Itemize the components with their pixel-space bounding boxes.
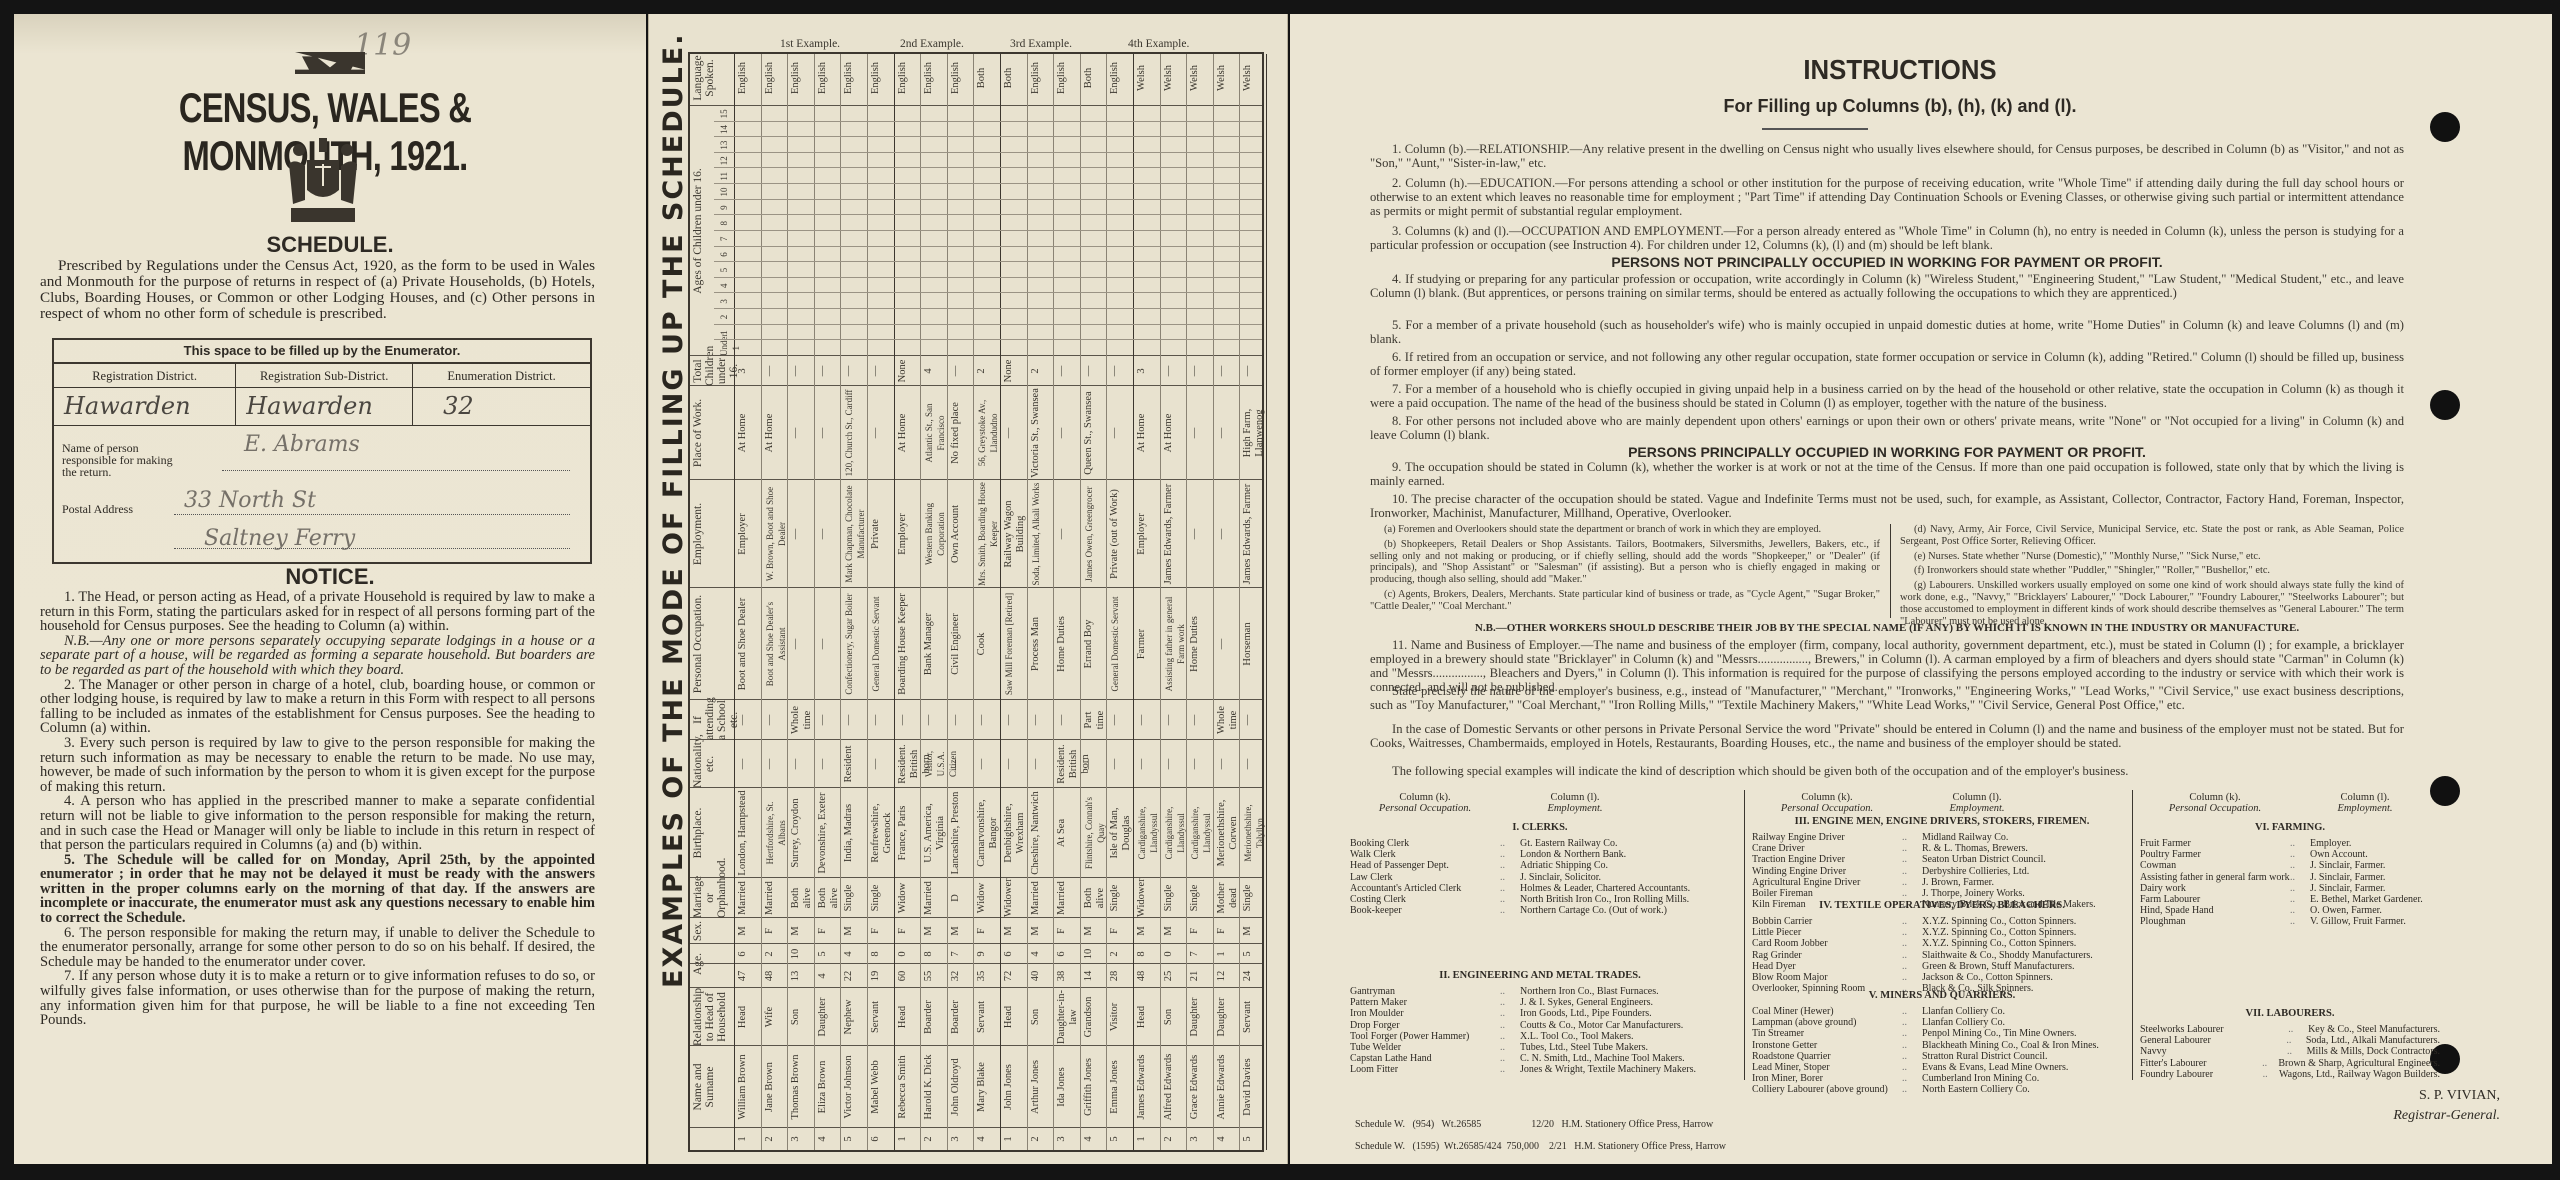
occupation: Rag Grinder xyxy=(1752,950,1902,961)
occupation: Head Dyer xyxy=(1752,961,1902,972)
cell-occ: Process Man xyxy=(1030,589,1042,699)
example-row: Tool Forger (Power Hammer)..X.L. Tool Co… xyxy=(1350,1031,1730,1042)
cell-name: Ida Jones xyxy=(1056,1047,1068,1127)
example-row: Pattern Maker..J. & I. Sykes, General En… xyxy=(1350,997,1730,1008)
column-divider xyxy=(690,787,1262,788)
occupation: Iron Miner, Borer xyxy=(1752,1073,1902,1084)
section-title: V. MINERS AND QUARRIERS. xyxy=(1752,990,2132,1001)
cell-lang: Welsh xyxy=(1216,51,1228,105)
employment: Mills & Mills, Dock Contractors. xyxy=(2307,1046,2440,1057)
example-row: Traction Engine Driver..Seaton Urban Dis… xyxy=(1752,854,2132,865)
employment: Midland Railway Co. xyxy=(1922,832,2132,843)
cell-mar: Single xyxy=(1163,879,1175,917)
example-row: Steelworks Labourer..Key & Co., Steel Ma… xyxy=(2140,1024,2440,1035)
cell-birth: France, Paris xyxy=(897,789,909,877)
cell-emp: Soda, Limited, Alkali Works xyxy=(1030,481,1042,587)
column-divider xyxy=(690,385,1262,386)
cell-yrs: 22 xyxy=(843,965,855,987)
divider xyxy=(1762,128,1868,130)
cell-sex: F xyxy=(976,919,988,943)
column-divider xyxy=(690,963,1262,964)
instruction-7: 7. For a member of a household who is ch… xyxy=(1370,382,2404,410)
occupation: Roadstone Quarrier xyxy=(1752,1051,1902,1062)
sub-instruction-e: (e) Nurses. State whether "Nurse (Domest… xyxy=(1900,551,2404,563)
cell-ms: 6 xyxy=(1003,945,1015,963)
occupation: Booking Clerk xyxy=(1350,838,1500,849)
cell-sex: F xyxy=(764,919,776,943)
cell-nat: — xyxy=(1083,741,1095,787)
employment: E. Bethel, Market Gardener. xyxy=(2310,894,2440,905)
cell-n: 1 xyxy=(1136,1129,1148,1149)
cell-n: 3 xyxy=(1056,1129,1068,1149)
cell-tot: — xyxy=(1163,357,1175,385)
occupation: Little Piecer xyxy=(1752,927,1902,938)
example-row: Card Room Jobber..X.Y.Z. Spinning Co., C… xyxy=(1752,938,2132,949)
occupation: Book-keeper xyxy=(1350,905,1500,916)
employment: X.Y.Z. Spinning Co., Cotton Spinners. xyxy=(1922,927,2132,938)
cell-emp: James Edwards, Farmer xyxy=(1163,481,1175,587)
cell-birth: Lancashire, Preston xyxy=(950,789,962,877)
age-col-header: 8 xyxy=(718,215,730,231)
occupation: Ploughman xyxy=(2140,916,2290,927)
cell-n: 3 xyxy=(1189,1129,1201,1149)
notice-item: 6. The person responsible for making the… xyxy=(40,926,595,970)
example-row: Iron Moulder..Iron Goods, Ltd., Pipe Fou… xyxy=(1350,1008,1730,1019)
cell-mar: Married xyxy=(1056,879,1068,917)
notice-heading: NOTICE. xyxy=(0,564,660,590)
cell-name: Annie Edwards xyxy=(1216,1047,1228,1127)
employment: X.Y.Z. Spinning Co., Cotton Spinners. xyxy=(1922,916,2132,927)
employment: Jones & Wright, Textile Machinery Makers… xyxy=(1520,1064,1730,1075)
cell-n: 5 xyxy=(1242,1129,1254,1149)
example-row: Cowman..J. Sinclair, Farmer. xyxy=(2140,860,2440,871)
cell-att: — xyxy=(1242,701,1254,739)
cell-birth: Surrey, Croydon xyxy=(790,789,802,877)
employment: Penpol Mining Co., Tin Mine Owners. xyxy=(1922,1028,2132,1039)
cell-rel: Wife xyxy=(764,989,776,1045)
cell-lang: English xyxy=(923,51,935,105)
cell-n: 2 xyxy=(1030,1129,1042,1149)
cell-yrs: 12 xyxy=(1216,965,1228,987)
column-l-header: Column (l).Employment. xyxy=(1922,792,2032,814)
cell-emp: Employer xyxy=(1136,481,1148,587)
enumeration-district-cell[interactable]: Enumeration District. 32 xyxy=(413,364,590,425)
enumerator-box: This space to be filled up by the Enumer… xyxy=(52,338,592,564)
cell-sex: M xyxy=(1030,919,1042,943)
example-row: Ironstone Getter..Blackheath Mining Co.,… xyxy=(1752,1040,2132,1051)
punch-hole xyxy=(2430,390,2460,420)
cell-place: — xyxy=(790,387,802,479)
cell-rel: Boarder xyxy=(923,989,935,1045)
employment: J. Sinclair, Farmer. xyxy=(2310,883,2440,894)
registration-sub-district-cell[interactable]: Registration Sub-District. Hawarden xyxy=(236,364,413,425)
occupation: Traction Engine Driver xyxy=(1752,854,1902,865)
cell-ms: 7 xyxy=(1189,945,1201,963)
section-title: II. ENGINEERING AND METAL TRADES. xyxy=(1350,970,1730,981)
column-k-header: Column (k).Personal Occupation. xyxy=(1370,792,1480,814)
instruction-5: 5. For a member of a private household (… xyxy=(1370,318,2404,346)
cell-lang: Welsh xyxy=(1136,51,1148,105)
occupation: Colliery Labourer (above ground) xyxy=(1752,1084,1902,1095)
cell-lang: Both xyxy=(1003,51,1015,105)
cell-nat: — xyxy=(764,741,776,787)
cell-occ: — xyxy=(790,589,802,699)
cell-sex: F xyxy=(1189,919,1201,943)
cell-mar: Widow xyxy=(976,879,988,917)
cell-yrs: 55 xyxy=(923,965,935,987)
cell-tot: — xyxy=(790,357,802,385)
example-label-2: 2nd Example. xyxy=(900,38,964,50)
cell-att: — xyxy=(1163,701,1175,739)
cell-yrs: 47 xyxy=(737,965,749,987)
cell-att: — xyxy=(1136,701,1148,739)
employment: Wagons, Ltd., Railway Wagon Builders. xyxy=(2279,1069,2440,1080)
responsible-person-value[interactable]: E. Abrams xyxy=(244,432,360,457)
cell-name: Jane Brown xyxy=(764,1047,776,1127)
employment: Key & Co., Steel Manufacturers. xyxy=(2308,1024,2440,1035)
column-l-header: Column (l).Employment. xyxy=(1520,792,1630,814)
cell-occ: Home Duties xyxy=(1056,589,1068,699)
cell-mar: Single xyxy=(870,879,882,917)
prescribed-text: Prescribed by Regulations under the Cens… xyxy=(40,258,595,322)
cell-sex: M xyxy=(1136,919,1148,943)
cell-nat: — xyxy=(790,741,802,787)
column-divider xyxy=(690,739,1262,740)
cell-rel: Head xyxy=(1003,989,1015,1045)
cell-mar: Single xyxy=(1189,879,1201,917)
occupation: Assisting father in general farm work xyxy=(2140,872,2290,883)
punch-hole xyxy=(2430,776,2460,806)
occupation: Lead Miner, Stoper xyxy=(1752,1062,1902,1073)
cell-emp: — xyxy=(1056,481,1068,587)
cell-tot: — xyxy=(1242,357,1254,385)
cell-emp: James Edwards, Farmer xyxy=(1242,481,1254,587)
cell-yrs: 35 xyxy=(976,965,988,987)
example-row: Costing Clerk..North British Iron Co., I… xyxy=(1350,894,1730,905)
cell-att: — xyxy=(737,701,749,739)
cell-birth: U.S. America, Virginia xyxy=(923,789,947,877)
occupation: Drop Forger xyxy=(1350,1020,1500,1031)
cell-mar: Both alive xyxy=(790,879,814,917)
responsible-person-label: Name of person responsible for making th… xyxy=(62,442,182,478)
occupation: General Labourer xyxy=(2140,1035,2286,1046)
example-label-3: 3rd Example. xyxy=(1010,38,1072,50)
cell-n: 1 xyxy=(897,1129,909,1149)
cell-name: Grace Edwards xyxy=(1189,1047,1201,1127)
example-row: Bobbin Carrier..X.Y.Z. Spinning Co., Cot… xyxy=(1752,916,2132,927)
occupation: Poultry Farmer xyxy=(2140,849,2290,860)
cell-rel: Servant xyxy=(1242,989,1254,1045)
cell-mar: Single xyxy=(1242,879,1254,917)
cell-birth: London, Hampstead xyxy=(737,789,749,877)
cell-att: — xyxy=(870,701,882,739)
example-row: Poultry Farmer..Own Account. xyxy=(2140,849,2440,860)
cell-tot: — xyxy=(870,357,882,385)
cell-birth: Cheshire, Nantwich xyxy=(1030,789,1042,877)
cell-birth: Hertfordshire, St. Albans xyxy=(764,789,788,877)
cell-sex: F xyxy=(897,919,909,943)
cell-emp: James Owen, Greengrocer xyxy=(1083,481,1095,587)
age-col-header: 6 xyxy=(718,247,730,263)
column-header-att: If attending a School etc. xyxy=(692,700,740,740)
cell-att: — xyxy=(1030,701,1042,739)
registration-sub-district-label: Registration Sub-District. xyxy=(236,364,412,388)
occupation: Foundry Labourer xyxy=(2140,1069,2263,1080)
column-header-emp: Employment. xyxy=(692,480,704,588)
example-row: Head of Passenger Dept...Adriatic Shippi… xyxy=(1350,860,1730,871)
cell-rel: Daughter-in-law xyxy=(1056,989,1080,1045)
column-header-tot: Total Children under 16. xyxy=(692,356,740,386)
instruction-11-d: The following special examples will indi… xyxy=(1370,764,2404,778)
occupation: Pattern Maker xyxy=(1350,997,1500,1008)
cell-ms: 6 xyxy=(1056,945,1068,963)
cell-rel: Visitor xyxy=(1109,989,1121,1045)
instructions-title: INSTRUCTIONS xyxy=(1339,54,2461,86)
cell-nat: — xyxy=(737,741,749,787)
occupation: Cowman xyxy=(2140,860,2290,871)
cell-n: 2 xyxy=(1163,1129,1175,1149)
example-row: Foundry Labourer..Wagons, Ltd., Railway … xyxy=(2140,1069,2440,1080)
section-title: IV. TEXTILE OPERATIVES, DYERS, BLEACHERS… xyxy=(1752,900,2132,911)
occupation: Ironstone Getter xyxy=(1752,1040,1902,1051)
cell-att: — xyxy=(976,701,988,739)
cell-emp: Employer xyxy=(737,481,749,587)
age-col-header: 4 xyxy=(718,278,730,294)
column-header-birth: Birthplace. xyxy=(692,788,704,878)
cell-birth: Merionethshire, Corwen xyxy=(1216,789,1240,877)
cell-lang: English xyxy=(950,51,962,105)
instruction-6: 6. If retired from an occupation or serv… xyxy=(1370,350,2404,378)
cell-tot: — xyxy=(843,357,855,385)
column-divider xyxy=(690,105,1262,106)
cell-tot: 4 xyxy=(923,357,935,385)
example-row: Coal Miner (Hewer)..Llanfan Colliery Co. xyxy=(1752,1006,2132,1017)
occupation: Capstan Lathe Hand xyxy=(1350,1053,1500,1064)
cell-rel: Grandson xyxy=(1083,989,1095,1045)
cell-att: — xyxy=(897,701,909,739)
column-header-yrs: Age. xyxy=(692,940,704,988)
cell-mar: Single xyxy=(843,879,855,917)
instruction-8: 8. For other persons not included above … xyxy=(1370,414,2404,442)
column-header-name: Name and Surname xyxy=(692,1046,716,1128)
cell-place: — xyxy=(1056,387,1068,479)
cell-rel: Head xyxy=(1136,989,1148,1045)
age-col-header: 3 xyxy=(718,294,730,310)
cell-ms: 5 xyxy=(817,945,829,963)
example-row: Tube Welder..Tubes, Ltd., Steel Tube Mak… xyxy=(1350,1042,1730,1053)
cell-sex: F xyxy=(1216,919,1228,943)
cell-att: — xyxy=(764,701,776,739)
cell-birth: Renfrewshire, Greenock xyxy=(870,789,894,877)
cell-lang: Welsh xyxy=(1189,51,1201,105)
cell-occ: — xyxy=(1216,589,1228,699)
occupation: Farm Labourer xyxy=(2140,894,2290,905)
cell-yrs: 48 xyxy=(764,965,776,987)
occupation: Costing Clerk xyxy=(1350,894,1500,905)
cell-lang: English xyxy=(1030,51,1042,105)
example-label-4: 4th Example. xyxy=(1128,38,1189,50)
cell-yrs: 25 xyxy=(1163,965,1175,987)
column-header-sex: Sex. xyxy=(692,918,704,944)
cell-nat: — xyxy=(1216,741,1228,787)
cell-name: David Davies xyxy=(1242,1047,1254,1127)
divider xyxy=(2132,790,2133,1080)
examples-vertical-title: EXAMPLES OF THE MODE OF FILLING UP THE S… xyxy=(658,33,689,988)
instruction-2: 2. Column (h).—EDUCATION.—For persons at… xyxy=(1370,176,2404,218)
cell-name: John Jones xyxy=(1003,1047,1015,1127)
cell-emp: Private xyxy=(870,481,882,587)
occupation: Bobbin Carrier xyxy=(1752,916,1902,927)
section-examples: Coal Miner (Hewer)..Llanfan Colliery Co.… xyxy=(1752,1006,2132,1096)
example-row: Accountant's Articled Clerk..Holmes & Le… xyxy=(1350,883,1730,894)
age-col-header: 7 xyxy=(718,231,730,247)
employment: London & Northern Bank. xyxy=(1520,849,1730,860)
cell-tot: — xyxy=(817,357,829,385)
cell-name: Rebecca Smith xyxy=(897,1047,909,1127)
cell-birth: Cardiganshire, Llandyssul xyxy=(1136,789,1160,877)
age-col-header: 5 xyxy=(718,262,730,278)
example-row: Ploughman..V. Gillow, Fruit Farmer. xyxy=(2140,916,2440,927)
column-divider xyxy=(690,1045,1262,1046)
example-row: Head Dyer..Green & Brown, Stuff Manufact… xyxy=(1752,961,2132,972)
cell-tot: 2 xyxy=(976,357,988,385)
cell-n: 5 xyxy=(1109,1129,1121,1149)
cell-place: — xyxy=(1189,387,1201,479)
cell-att: Whole time xyxy=(1216,701,1240,739)
royal-coat-of-arms-icon xyxy=(285,138,361,226)
employment: Evans & Evans, Lead Mine Owners. xyxy=(1922,1062,2132,1073)
cell-ms: 10 xyxy=(1083,945,1095,963)
cell-emp: Railway Wagon Building xyxy=(1003,481,1027,587)
occupation: Boiler Fireman xyxy=(1752,888,1902,899)
cell-ms: 9 xyxy=(976,945,988,963)
cell-n: 1 xyxy=(1003,1129,1015,1149)
example-row: Little Piecer..X.Y.Z. Spinning Co., Cott… xyxy=(1752,927,2132,938)
employment: Holmes & Leader, Chartered Accountants. xyxy=(1520,883,1730,894)
cell-sex: F xyxy=(870,919,882,943)
cell-birth: At Sea xyxy=(1056,789,1068,877)
cell-ms: 8 xyxy=(1136,945,1148,963)
occupation: Walk Clerk xyxy=(1350,849,1500,860)
section-examples: Gantryman..Northern Iron Co., Blast Furn… xyxy=(1350,986,1730,1076)
age-col-header: 12 xyxy=(718,153,730,169)
registration-sub-district-value: Hawarden xyxy=(236,388,412,425)
example-row: Railway Engine Driver..Midland Railway C… xyxy=(1752,832,2132,843)
cell-yrs: 40 xyxy=(1030,965,1042,987)
section-title: I. CLERKS. xyxy=(1350,822,1730,833)
cell-rel: Head xyxy=(737,989,749,1045)
cell-n: 6 xyxy=(870,1129,882,1149)
column-divider xyxy=(690,587,1262,588)
postal-address-line1[interactable]: 33 North St xyxy=(184,488,316,513)
cell-tot: 3 xyxy=(1136,357,1148,385)
cell-sex: M xyxy=(1003,919,1015,943)
age-col-header: 14 xyxy=(718,122,730,138)
cell-att: — xyxy=(817,701,829,739)
column-header-nat: Nationality, etc. xyxy=(692,740,716,788)
cell-occ: Errand Boy xyxy=(1083,589,1095,699)
employment: Northern Cartage Co. (Out of work.) xyxy=(1520,905,1730,916)
occupation: Iron Moulder xyxy=(1350,1008,1500,1019)
occupation: Gantryman xyxy=(1350,986,1500,997)
employment: J. Sinclair, Farmer. xyxy=(2310,872,2440,883)
cell-att: Part time xyxy=(1083,701,1107,739)
example-row: Roadstone Quarrier..Stratton Rural Distr… xyxy=(1752,1051,2132,1062)
cell-sex: M xyxy=(950,919,962,943)
cell-nat: — xyxy=(1003,741,1015,787)
cell-birth: Denbighshire, Wrexham xyxy=(1003,789,1027,877)
heading-occupied: PERSONS PRINCIPALLY OCCUPIED IN WORKING … xyxy=(1370,444,2404,460)
cell-rel: Son xyxy=(790,989,802,1045)
column-header-rel: Relationship to Head of Household xyxy=(692,988,728,1046)
cell-yrs: 38 xyxy=(1056,965,1068,987)
occupation: Tin Streamer xyxy=(1752,1028,1902,1039)
cell-sex: M xyxy=(1242,919,1254,943)
cell-name: Griffith Jones xyxy=(1083,1047,1095,1127)
example-row: Colliery Labourer (above ground)..North … xyxy=(1752,1084,2132,1095)
cell-nat: Resident xyxy=(843,741,855,787)
occupation: Loom Fitter xyxy=(1350,1064,1500,1075)
cell-yrs: 13 xyxy=(790,965,802,987)
example-row: Lampman (above ground)..Llanfan Colliery… xyxy=(1752,1017,2132,1028)
cell-place: — xyxy=(1109,387,1121,479)
example-row: Tin Streamer..Penpol Mining Co., Tin Min… xyxy=(1752,1028,2132,1039)
age-col-header: 10 xyxy=(718,184,730,200)
footer-line-2: Schedule W. (1595) Wt.26585/424 750,000 … xyxy=(1355,1141,1726,1152)
registration-district-cell[interactable]: Registration District. Hawarden xyxy=(54,364,236,425)
column-header-ages: Ages of Children under 16. xyxy=(692,106,704,356)
example-row: Assisting father in general farm work..J… xyxy=(2140,872,2440,883)
cell-yrs: 60 xyxy=(897,965,909,987)
notice-item-bold: 5. The Schedule will be called for on Mo… xyxy=(40,853,595,926)
cell-ms: 8 xyxy=(870,945,882,963)
column-header-occ: Personal Occupation. xyxy=(692,588,704,700)
example-row: Law Clerk..J. Sinclair, Solicitor. xyxy=(1350,872,1730,883)
occupation: Winding Engine Driver xyxy=(1752,866,1902,877)
cell-lang: Both xyxy=(1083,51,1095,105)
employment: Soda, Ltd., Alkali Manufacturers. xyxy=(2306,1035,2440,1046)
cell-place: At Home xyxy=(897,387,909,479)
cell-birth: Carnarvonshire, Bangor xyxy=(976,789,1000,877)
column-divider xyxy=(690,699,1262,700)
column-k-header: Column (k).Personal Occupation. xyxy=(1772,792,1882,814)
example-row: Loom Fitter..Jones & Wright, Textile Mac… xyxy=(1350,1064,1730,1075)
occupation: Blow Room Major xyxy=(1752,972,1902,983)
signature-name: S. P. VIVIAN, xyxy=(340,1088,2500,1104)
cell-name: John Oldroyd xyxy=(950,1047,962,1127)
cell-occ: Home Duties xyxy=(1189,589,1201,699)
employment: J. & I. Sykes, General Engineers. xyxy=(1520,997,1730,1008)
occupation: Law Clerk xyxy=(1350,872,1500,883)
age-col-header: 9 xyxy=(718,200,730,216)
cell-yrs: 28 xyxy=(1109,965,1121,987)
registration-district-label: Registration District. xyxy=(54,364,235,388)
employment: Northern Iron Co., Blast Furnaces. xyxy=(1520,986,1730,997)
notice-nb: N.B.—Any one or more persons separately … xyxy=(40,634,595,678)
employment: Brown & Sharp, Agricultural Engineers. xyxy=(2278,1058,2440,1069)
occupation: Fruit Farmer xyxy=(2140,838,2290,849)
registration-district-value: Hawarden xyxy=(54,388,235,425)
cell-sex: M xyxy=(923,919,935,943)
cell-occ: Saw Mill Foreman [Retired] xyxy=(1003,589,1015,699)
instruction-11-c: In the case of Domestic Servants or othe… xyxy=(1370,722,2404,750)
cell-yrs: 14 xyxy=(1083,965,1095,987)
instruction-9: 9. The occupation should be stated in Co… xyxy=(1370,460,2404,488)
cell-occ: Assisting father in general Farm work xyxy=(1163,589,1187,699)
sub-instruction-d: (d) Navy, Army, Air Force, Civil Service… xyxy=(1900,524,2404,548)
cell-name: Emma Jones xyxy=(1109,1047,1121,1127)
cell-lang: Welsh xyxy=(1242,51,1254,105)
